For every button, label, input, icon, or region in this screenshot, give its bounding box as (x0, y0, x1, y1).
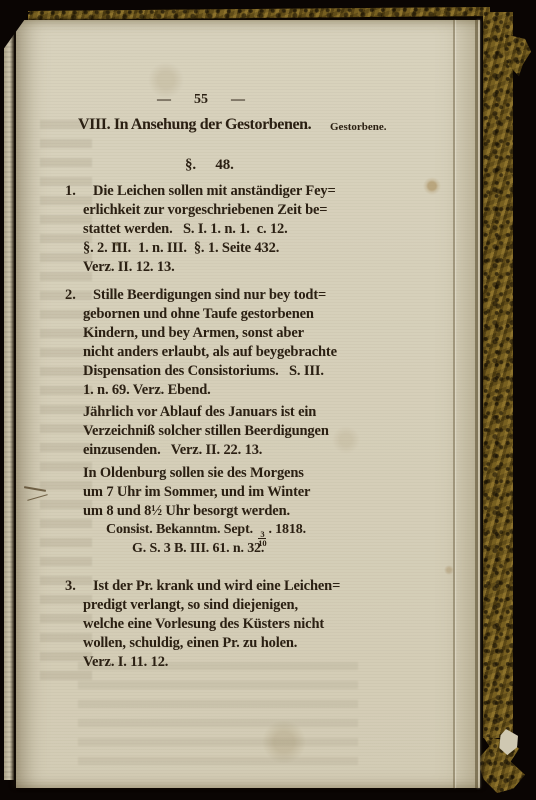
ink-scribble (27, 494, 47, 501)
text-line: §. 2. III. 1. n. III. §. 1. Seite 432. (83, 239, 443, 258)
text-line: um 8 und 8½ Uhr besorgt werden. (83, 502, 443, 521)
paragraph-2: 2. Stille Beerdigungen sind nur bey todt… (83, 286, 443, 400)
text-line: Jährlich vor Ablauf des Januars ist ein (83, 403, 443, 422)
text-line: Kindern, und bey Armen, sonst aber (83, 324, 443, 343)
text-line: gebornen und ohne Taufe gestorbenen (83, 305, 443, 324)
page-number: — 55 — (146, 92, 256, 108)
citation-text: Consist. Bekanntm. Sept. (106, 522, 256, 537)
text-line: Verz. II. 12. 13. (83, 258, 443, 277)
margin-note: Gestorbene. (330, 121, 387, 133)
left-pages-edge (4, 16, 14, 780)
paragraph-2b: In Oldenburg sollen sie des Morgens um 7… (83, 464, 443, 521)
page-fold-crease (475, 20, 478, 788)
page-fold-crease (453, 20, 455, 788)
paragraph-3: 3. Ist der Pr. krank und wird eine Leich… (83, 577, 443, 672)
text-line: wollen, schuldig, einen Pr. zu holen. (83, 634, 443, 653)
ink-scribble (24, 486, 46, 492)
text-line: welche eine Vorlesung des Küsters nicht (83, 615, 443, 634)
text-line: stattet werden. S. I. 1. n. 1. c. 12. (83, 220, 443, 239)
text-line: Ist der Pr. krank und wird eine Leichen= (83, 577, 443, 596)
section-mark: §. 48. (185, 157, 234, 174)
marble-spine-top (28, 7, 490, 20)
text-line: In Oldenburg sollen sie des Morgens (83, 464, 443, 483)
text-line: Verz. I. 11. 12. (83, 653, 443, 672)
book-photo: — 55 — VIII. In Ansehung der Gestorbenen… (0, 0, 536, 800)
paragraph-2a: Jährlich vor Ablauf des Januars ist ein … (83, 403, 443, 460)
chapter-heading: VIII. In Ansehung der Gestorbenen. (78, 116, 311, 134)
paragraph-number: 1. (65, 182, 76, 201)
text-line: erlichkeit zur vorgeschriebenen Zeit be= (83, 201, 443, 220)
paragraph-number: 3. (65, 577, 76, 596)
citation-text: . 1818. (268, 522, 305, 537)
text-line: Die Leichen sollen mit anständiger Fey= (83, 182, 443, 201)
paragraph-1: 1. Die Leichen sollen mit anständiger Fe… (83, 182, 443, 277)
text-line: Dispensation des Consistoriums. S. III. (83, 362, 443, 381)
citation-line-2: G. S. 3 B. III. 61. n. 32. (132, 539, 264, 558)
text-line: Verzeichniß solcher stillen Beerdigungen (83, 422, 443, 441)
bleed-through-text (78, 662, 358, 770)
paragraph-number: 2. (65, 286, 76, 305)
text-line: predigt verlangt, so sind diejenigen, (83, 596, 443, 615)
marble-edge-right (483, 12, 513, 738)
text-line: 1. n. 69. Verz. Ebend. (83, 381, 443, 400)
text-line: Stille Beerdigungen sind nur bey todt= (83, 286, 443, 305)
text-line: nicht anders erlaubt, als auf beygebrach… (83, 343, 443, 362)
book-page: — 55 — VIII. In Ansehung der Gestorbenen… (16, 20, 480, 788)
text-line: einzusenden. Verz. II. 22. 13. (83, 441, 443, 460)
text-line: um 7 Uhr im Sommer, und im Winter (83, 483, 443, 502)
